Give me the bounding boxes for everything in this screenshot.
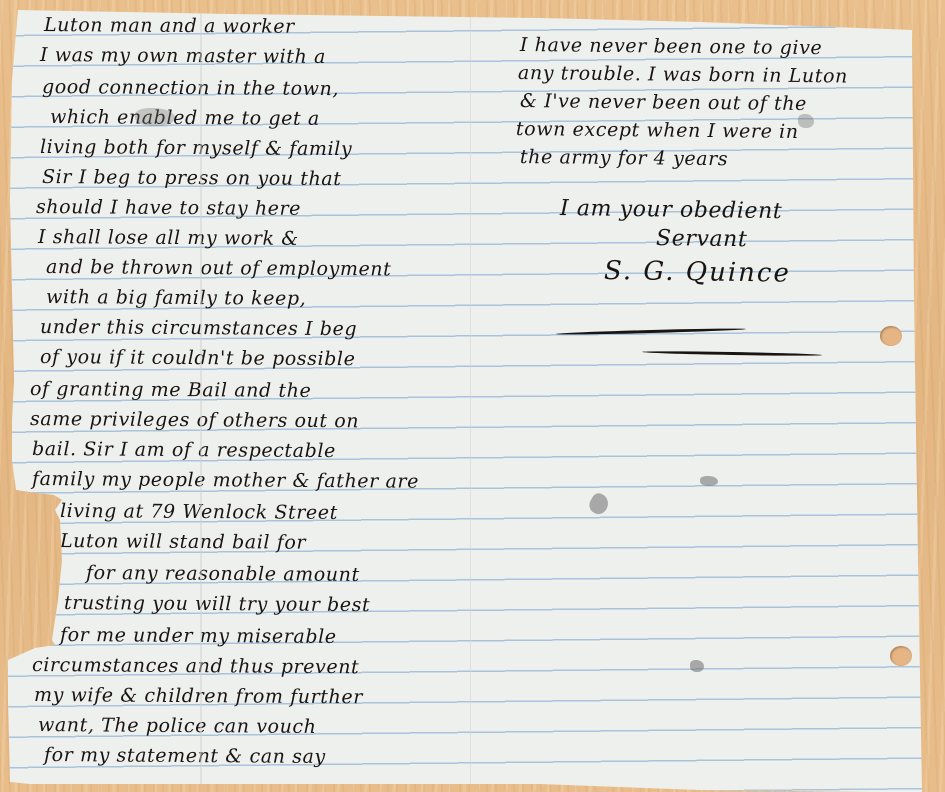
letter-page: Luton man and a worker I was my own mast… [0,0,945,792]
letter-line: I shall lose all my work & [38,226,299,250]
ink-smudge [798,114,814,128]
letter-line: and be thrown out of employment [46,256,392,280]
letter-line: for me under my miserable [60,624,337,648]
letter-line: same privileges of others out on [30,408,359,432]
letter-line: should I have to stay here [36,196,301,220]
letter-line: bail. Sir I am of a respectable [32,438,336,462]
letter-line: for any reasonable amount [86,562,360,586]
letter-line: my wife & children from further [34,684,363,708]
letter-line: town except when I were in [516,118,799,143]
punch-hole [880,326,902,346]
signature-flourish [642,350,822,356]
letter-line: Sir I beg to press on you that [42,166,342,190]
closing-line: Servant [656,226,748,252]
letter-line: any trouble. I was born in Luton [518,62,848,87]
letter-line: the army for 4 years [520,146,728,170]
letter-line: trusting you will try your best [64,592,370,616]
ink-smudge [700,476,718,486]
letter-line: Luton will stand bail for [60,530,306,554]
letter-line: which enabled me to get a [50,106,320,130]
letter-line: circumstances and thus prevent [32,654,359,678]
letter-line: want, The police can vouch [38,714,317,738]
ink-smudge [586,491,612,517]
letter-line: of you if it couldn't be possible [40,346,356,370]
letter-line: of granting me Bail and the [30,378,311,402]
punch-hole [890,646,912,666]
letter-line: Luton man and a worker [44,14,295,38]
letter-line: good connection in the town, [42,76,339,100]
letter-line: I have never been one to give [520,34,823,59]
ink-smudge [135,108,175,126]
ink-smudge [690,660,704,672]
letter-line: living at 79 Wenlock Street [60,500,338,524]
letter-line: for my statement & can say [44,744,326,768]
letter-line: I was my own master with a [40,44,326,68]
closing-line: I am your obedient [560,196,783,224]
letter-line: & I've never been out of the [520,90,807,115]
signature-flourish [556,328,746,336]
letter-line: family my people mother & father are [32,468,419,493]
signature: S. G. Quince [604,256,791,289]
letter-line: under this circumstances I beg [40,316,357,340]
letter-line: living both for myself & family [40,136,352,160]
letter-line: with a big family to keep, [46,286,306,310]
paper-fold [470,0,471,792]
